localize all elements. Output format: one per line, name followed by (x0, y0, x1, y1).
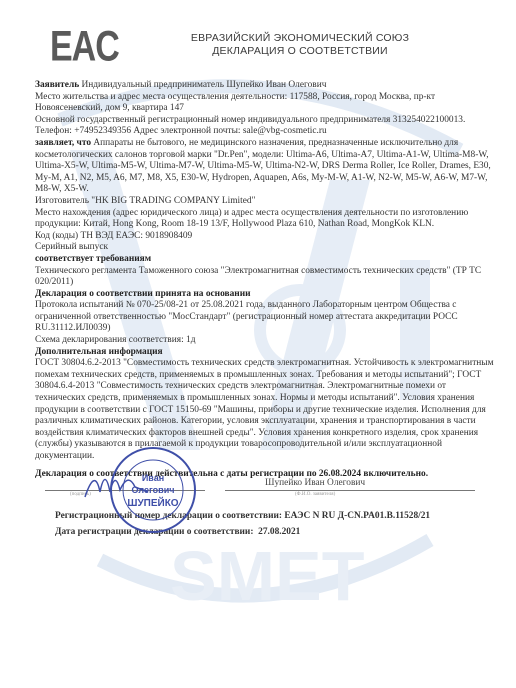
regulation: Технического регламента Таможенного союз… (35, 266, 495, 289)
additional-heading: Дополнительная информация (35, 347, 495, 359)
contacts: Телефон: +74952349356 Адрес электронной … (35, 126, 495, 138)
basis-heading: Декларация о соответствии принята на осн… (35, 289, 495, 301)
stamp-surname: ШУПЕЙКО (127, 496, 178, 509)
stamp-first-name: Иван (142, 473, 164, 483)
residence-address: Место жительства и адрес места осуществл… (35, 92, 495, 115)
additional-text: ГОСТ 30804.6.2-2013 "Совместимость техни… (35, 358, 495, 462)
release-type: Серийный выпуск (35, 242, 495, 254)
declaration-body: Заявитель Индивидуальный предприниматель… (35, 80, 495, 480)
manufacturer: Изготовитель "HK BIG TRADING COMPANY Lim… (35, 196, 495, 208)
manufacturer-address: Место нахождения (адрес юридического лиц… (35, 208, 495, 231)
name-caption: (Ф.И.О. заявителя) (295, 492, 335, 497)
name-line (225, 490, 475, 491)
ogrnip: Основной государственный регистрационный… (35, 115, 495, 127)
scheme: Схема декларирования соответствия: 1д (35, 335, 495, 347)
applicant: Заявитель Индивидуальный предприниматель… (35, 80, 495, 92)
document-header: ЕВРАЗИЙСКИЙ ЭКОНОМИЧЕСКИЙ СОЮЗ ДЕКЛАРАЦИ… (150, 32, 450, 57)
signer-name: Шупейко Иван Олегович (265, 478, 365, 488)
eac-logo: EAC (50, 24, 96, 69)
svg-text:SMET: SMET (170, 537, 364, 615)
tn-ved-code: Код (коды) ТН ВЭД ЕАЭС: 9018908409 (35, 231, 495, 243)
complies-heading: соответствует требованиям (35, 254, 495, 266)
official-stamp: Иван Олегович ШУПЕЙКО (108, 445, 198, 535)
header-document-title: ДЕКЛАРАЦИЯ О СООТВЕТСТВИИ (150, 45, 450, 58)
header-union-title: ЕВРАЗИЙСКИЙ ЭКОНОМИЧЕСКИЙ СОЮЗ (150, 32, 450, 45)
declares: заявляет, что Аппараты не бытового, не м… (35, 138, 495, 196)
stamp-patronymic: Олегович (132, 485, 175, 495)
basis-text: Протокола испытаний № 070-25/08-21 от 25… (35, 300, 495, 335)
